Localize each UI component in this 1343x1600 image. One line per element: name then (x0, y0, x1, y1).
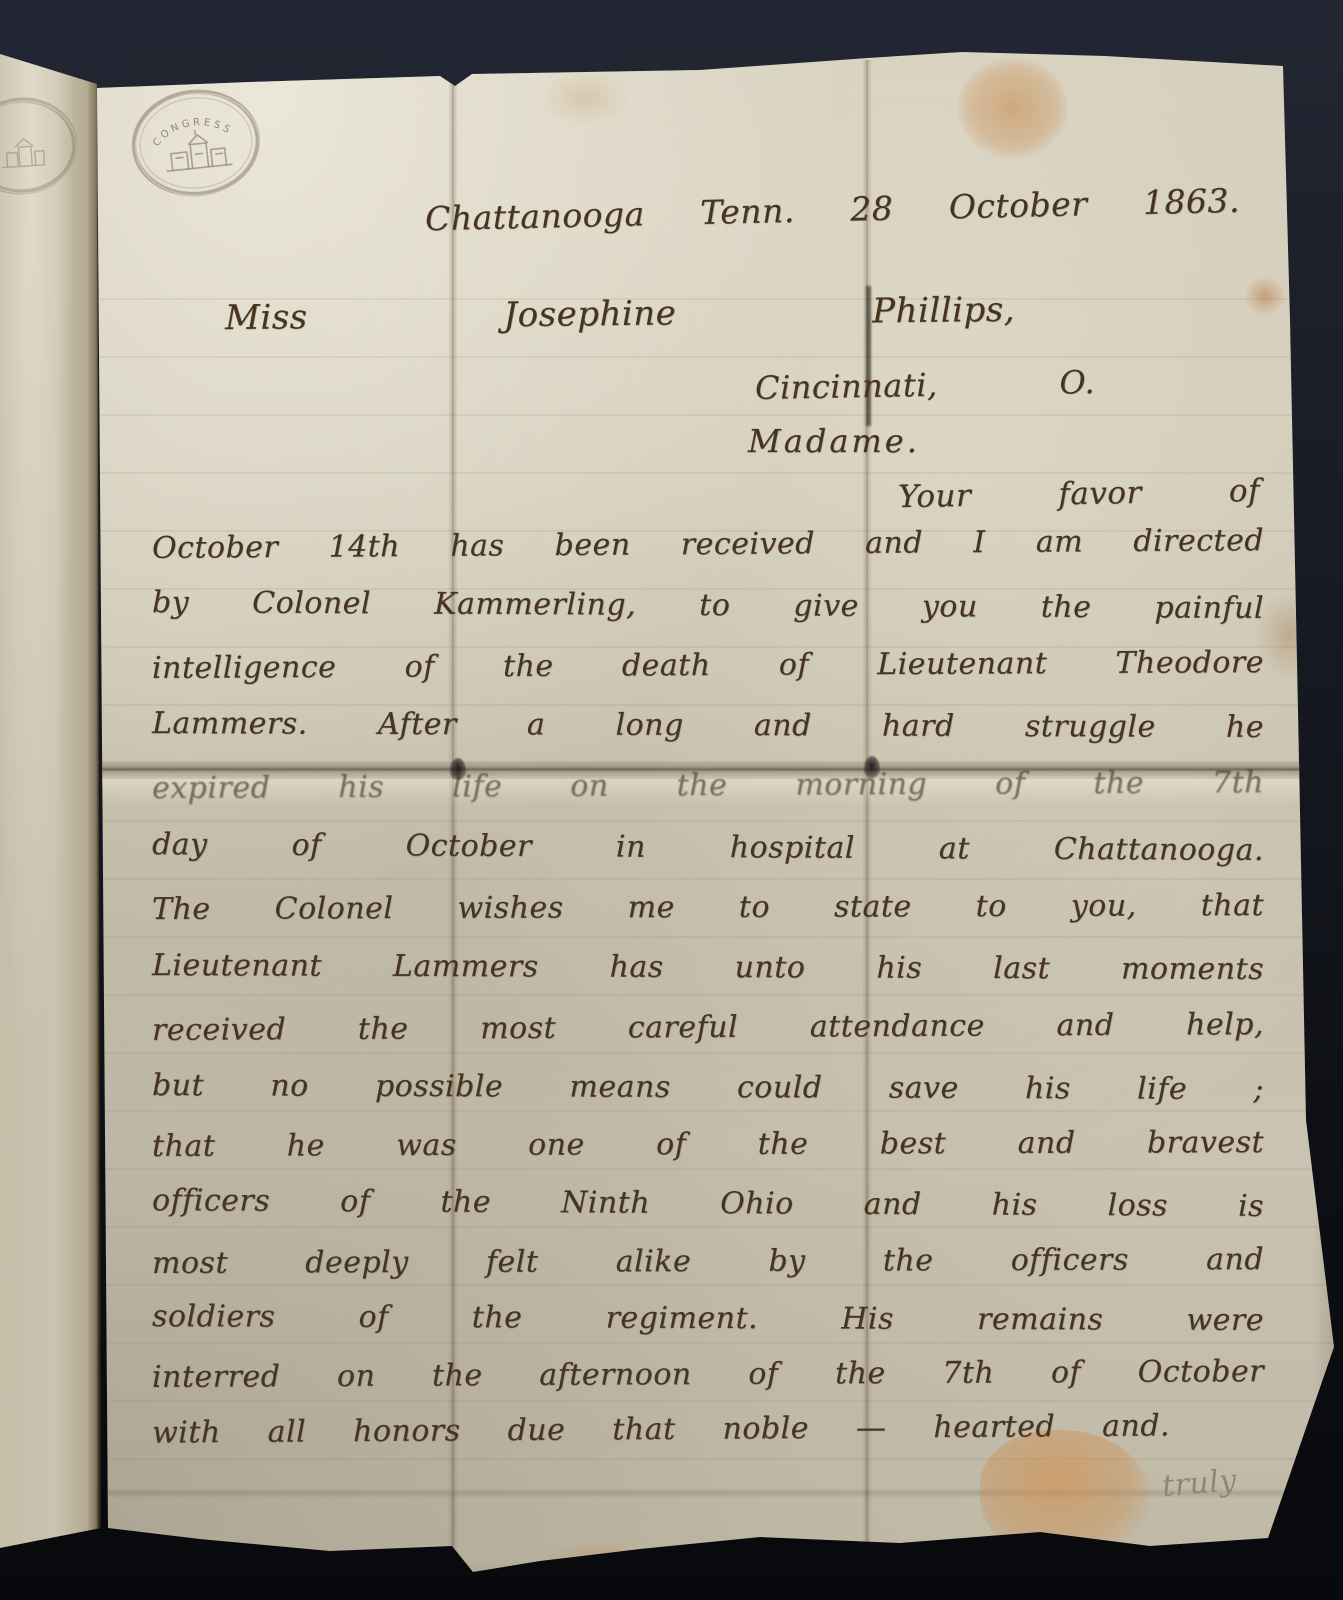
folded-page-edge (0, 0, 101, 1600)
letter-line: Lieutenant Lammers has unto his last mom… (152, 948, 1264, 987)
letter-line: October 14th has been received and I am … (152, 523, 1264, 566)
bottom-fold-crease (95, 1488, 1310, 1498)
stain (540, 70, 630, 125)
letter-line: interred on the afternoon of the 7th of … (152, 1354, 1264, 1395)
stain (540, 1540, 660, 1590)
letter-line: but no possible means could save his lif… (152, 1068, 1264, 1107)
letter-line: day of October in hospital at Chattanoog… (152, 827, 1264, 868)
letter-photo: CONGRESS Chattanoog (0, 0, 1343, 1600)
catchword-truly: truly (1161, 1463, 1239, 1504)
letter-line: received the most careful attendance and… (152, 1007, 1264, 1048)
congress-embossed-seal-icon: CONGRESS (122, 77, 270, 209)
letter-line: soldiers of the regiment. His remains we… (152, 1299, 1264, 1338)
letter-sheet: CONGRESS Chattanoog (0, 0, 1343, 1600)
letter-line: officers of the Ninth Ohio and his loss … (152, 1183, 1264, 1224)
letter-line: that he was one of the best and bravest (152, 1125, 1264, 1164)
salutation: Madame. (748, 422, 963, 460)
letter-line: Lammers. After a long and hard struggle … (152, 706, 1264, 745)
letter-line: most deeply felt alike by the officers a… (152, 1242, 1264, 1281)
letter-line: The Colonel wishes me to state to you, t… (152, 888, 1264, 927)
stain (958, 58, 1068, 158)
letter-line: intelligence of the death of Lieutenant … (152, 645, 1264, 686)
letter-line: expired his life on the morning of the 7… (152, 765, 1264, 806)
stain (1255, 590, 1325, 680)
letter-line: with all honors due that noble — hearted… (152, 1408, 1170, 1450)
dateline: Chattanooga Tenn. 28 October 1863. (425, 181, 1241, 238)
letter-line: by Colonel Kammerling, to give you the p… (152, 585, 1264, 626)
recipient-name: Miss Josephine Phillips, (225, 290, 1015, 338)
recipient-city: Cincinnati, O. (755, 363, 1096, 407)
opening-phrase: Your favor of (898, 473, 1261, 515)
stain (1244, 276, 1286, 316)
embossed-seal-partial (0, 82, 86, 210)
